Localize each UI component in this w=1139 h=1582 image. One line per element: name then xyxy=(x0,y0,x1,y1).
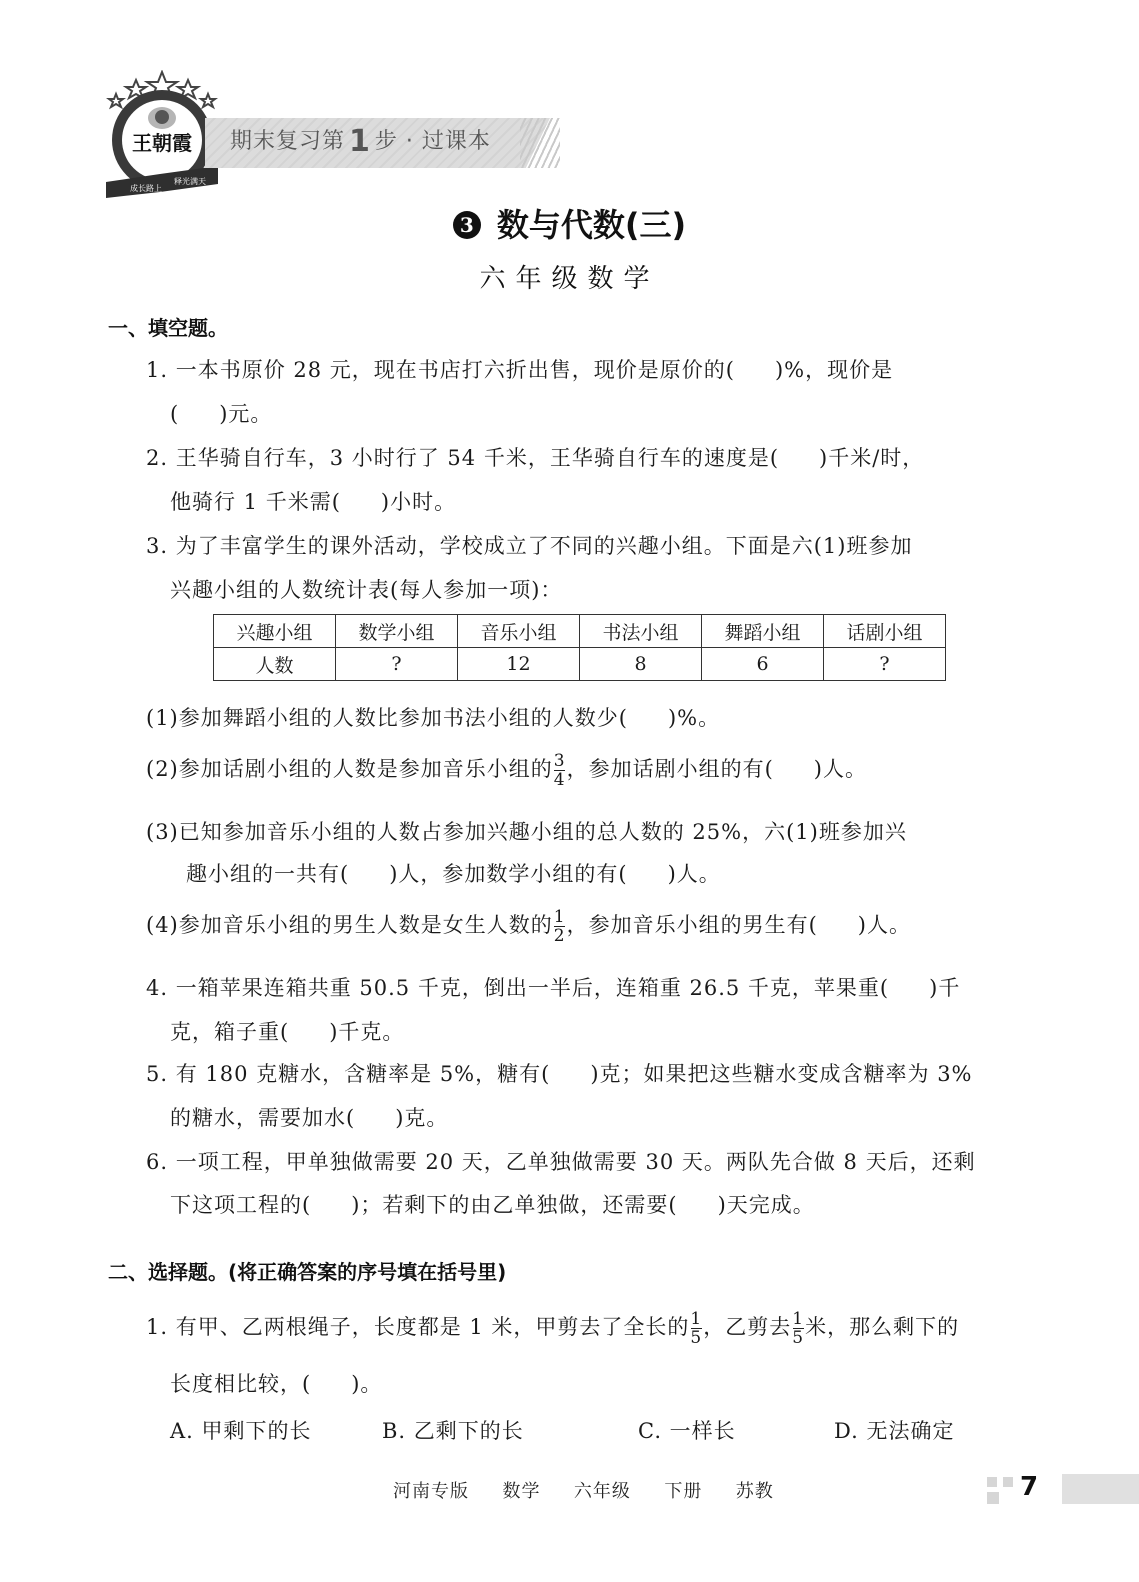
table-cell: 人数 xyxy=(214,648,336,681)
table-header-cell: 兴趣小组 xyxy=(214,615,336,648)
fraction-1-5: 15 xyxy=(690,1310,702,1347)
mc-question-1-line-2: 长度相比较，()。 xyxy=(170,1368,382,1398)
fraction-3-4: 34 xyxy=(554,752,566,789)
question-1-line-2: ()元。 xyxy=(170,398,272,428)
table-cell: 8 xyxy=(580,648,702,681)
page-number: 7 xyxy=(1020,1472,1038,1502)
chapter-number-badge: 3 xyxy=(453,211,481,239)
table-header-cell: 数学小组 xyxy=(336,615,458,648)
banner-stripes-decoration xyxy=(520,118,560,168)
svg-text:成长路上: 成长路上 xyxy=(130,183,162,193)
table-header-cell: 书法小组 xyxy=(580,615,702,648)
question-4-line-1: 4. 一箱苹果连箱共重 50.5 千克，倒出一半后，连箱重 26.5 千克，苹果… xyxy=(146,972,960,1002)
table-header-cell: 话剧小组 xyxy=(824,615,946,648)
table-header-cell: 舞蹈小组 xyxy=(702,615,824,648)
step-banner-text: 期末复习第1步 · 过课本 xyxy=(230,124,491,159)
question-2-line-1: 2. 王华骑自行车，3 小时行了 54 千米，王华骑自行车的速度是()千米/时， xyxy=(146,442,924,472)
table-cell: 12 xyxy=(458,648,580,681)
question-3-line-1: 3. 为了丰富学生的课外活动，学校成立了不同的兴趣小组。下面是六(1)班参加 xyxy=(146,530,912,560)
table-cell: ? xyxy=(824,648,946,681)
banner-prefix: 期末复习第 xyxy=(230,129,345,154)
table-header-cell: 音乐小组 xyxy=(458,615,580,648)
mc-option-c[interactable]: C. 一样长 xyxy=(638,1415,736,1445)
question-6-line-1: 6. 一项工程，甲单独做需要 20 天，乙单独做需要 30 天。两队先合做 8 … xyxy=(146,1146,976,1176)
page-decoration xyxy=(1003,1477,1013,1487)
question-1-line-1: 1. 一本书原价 28 元，现在书店打六折出售，现价是原价的()%，现价是 xyxy=(146,354,893,384)
section-fill-blank-title: 一、填空题。 xyxy=(108,312,228,341)
question-3-line-2: 兴趣小组的人数统计表(每人参加一项)： xyxy=(170,574,562,604)
banner-suffix: 步 · 过课本 xyxy=(375,129,491,154)
svg-text:释光满天: 释光满天 xyxy=(174,176,206,186)
question-3-sub-4: (4)参加音乐小组的男生人数是女生人数的12，参加音乐小组的男生有()人。 xyxy=(146,908,911,945)
table-cell: ? xyxy=(336,648,458,681)
table-row: 人数 ? 12 8 6 ? xyxy=(214,648,946,681)
page-decoration xyxy=(987,1477,997,1487)
question-5-line-2: 的糖水，需要加水()克。 xyxy=(170,1102,448,1132)
mc-option-d[interactable]: D. 无法确定 xyxy=(834,1415,954,1445)
footer-edition-info: 河南专版 数学 六年级 下册 苏教 xyxy=(393,1477,774,1503)
question-5-line-1: 5. 有 180 克糖水，含糖率是 5%，糖有()克；如果把这些糖水变成含糖率为… xyxy=(146,1058,973,1088)
question-3-sub-3-line-1: (3)已知参加音乐小组的人数占参加兴趣小组的总人数的 25%，六(1)班参加兴 xyxy=(146,816,907,846)
page-number-bar xyxy=(1062,1474,1139,1504)
table-cell: 6 xyxy=(702,648,824,681)
mc-question-1-line-1: 1. 有甲、乙两根绳子，长度都是 1 米，甲剪去了全长的15，乙剪去15米，那么… xyxy=(146,1310,959,1347)
question-6-line-2: 下这项工程的()；若剩下的由乙单独做，还需要()天完成。 xyxy=(170,1189,815,1219)
page-subtitle: 六年级数学 xyxy=(0,258,1139,295)
chapter-title-text: 数与代数(三) xyxy=(497,206,686,244)
question-3-sub-2: (2)参加话剧小组的人数是参加音乐小组的34，参加话剧小组的有()人。 xyxy=(146,752,867,789)
mc-option-a[interactable]: A. 甲剩下的长 xyxy=(170,1415,312,1445)
question-3-sub-3-line-2: 趣小组的一共有()人，参加数学小组的有()人。 xyxy=(186,858,721,888)
question-2-line-2: 他骑行 1 千米需()小时。 xyxy=(170,486,456,516)
page-decoration xyxy=(987,1492,999,1504)
table-header-row: 兴趣小组 数学小组 音乐小组 书法小组 舞蹈小组 话剧小组 xyxy=(214,615,946,648)
fraction-1-5: 15 xyxy=(792,1310,804,1347)
question-3-sub-1: (1)参加舞蹈小组的人数比参加书法小组的人数少()%。 xyxy=(146,702,720,732)
section-multiple-choice-title: 二、选择题。(将正确答案的序号填在括号里) xyxy=(108,1256,506,1285)
banner-step-number: 1 xyxy=(349,124,371,159)
fraction-1-2: 12 xyxy=(554,908,566,945)
svg-text:王朝霞: 王朝霞 xyxy=(132,131,192,155)
mc-option-b[interactable]: B. 乙剩下的长 xyxy=(382,1415,524,1445)
chapter-title: 3数与代数(三) xyxy=(0,200,1139,246)
question-4-line-2: 克，箱子重()千克。 xyxy=(170,1016,404,1046)
interest-group-table: 兴趣小组 数学小组 音乐小组 书法小组 舞蹈小组 话剧小组 人数 ? 12 8 … xyxy=(213,614,946,681)
